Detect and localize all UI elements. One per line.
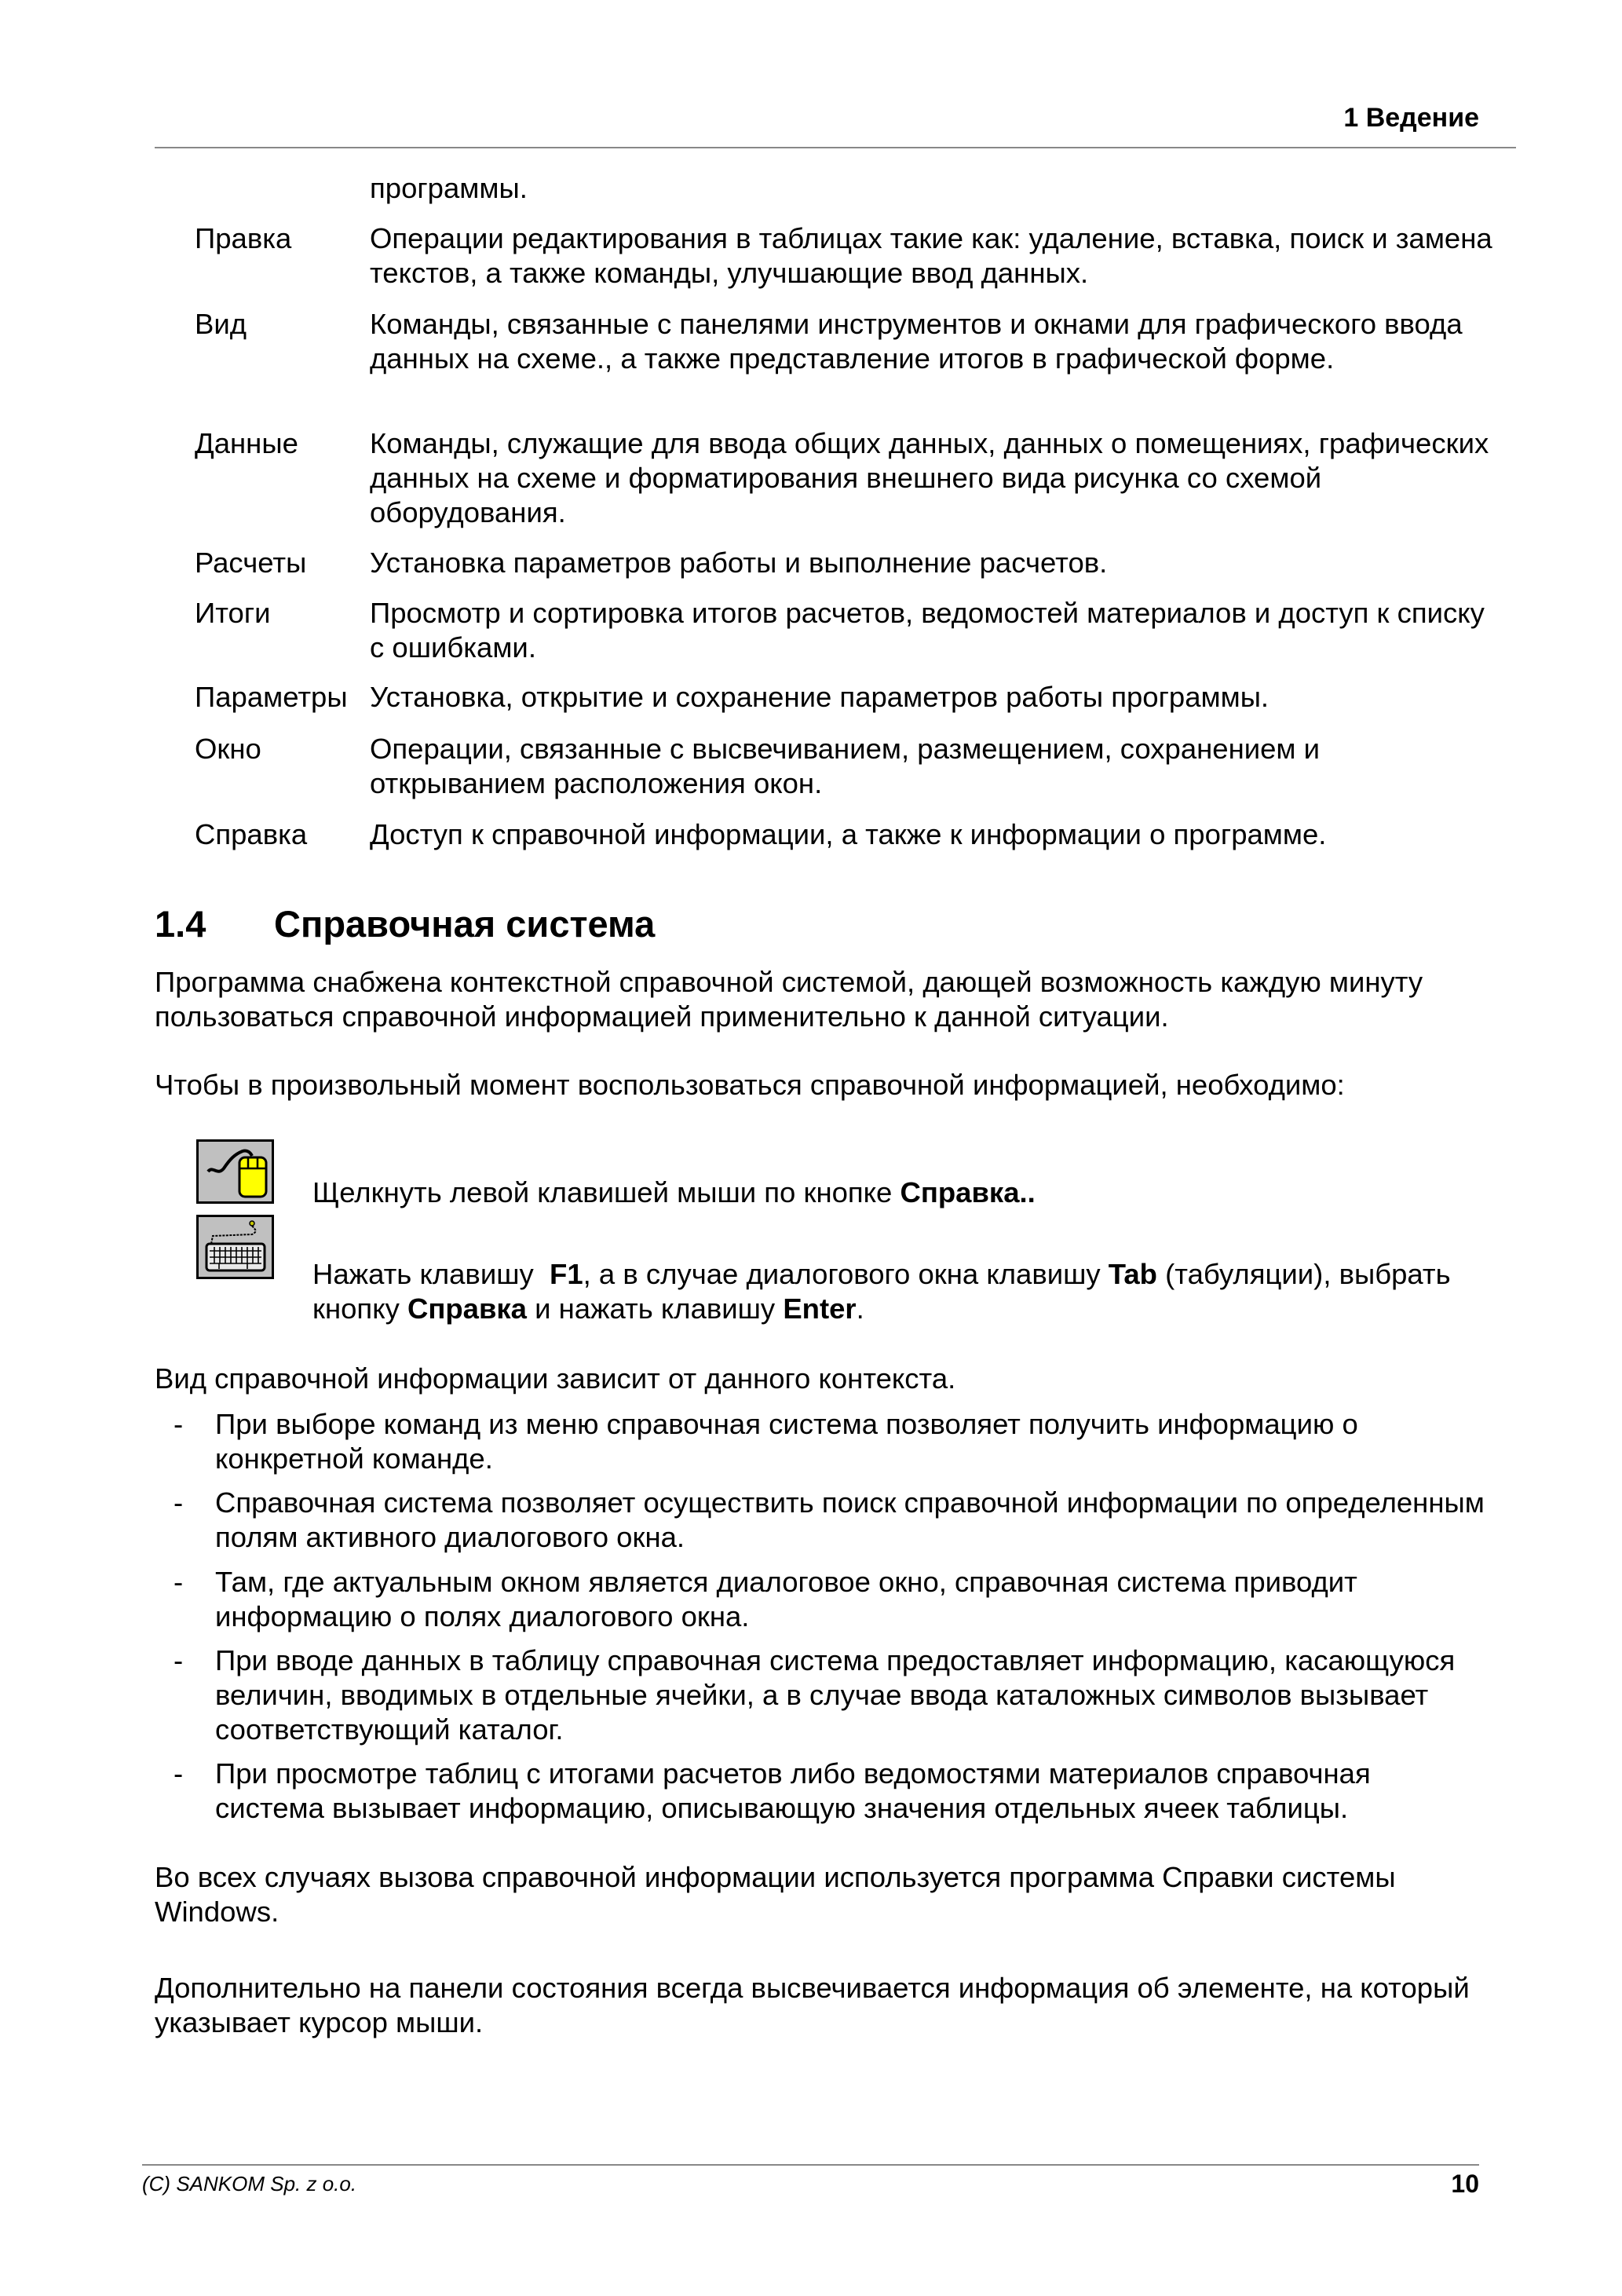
bullet-marker: - [174,1565,183,1600]
definition-description: Команды, служащие для ввода общих данных… [370,426,1500,530]
step-text: . [857,1292,864,1325]
bullet-marker: - [174,1757,183,1791]
tab-key-reference: Tab [1109,1258,1157,1290]
definition-term: Окно [195,732,261,766]
definition-description: Просмотр и сортировка итогов расчетов, в… [370,596,1500,665]
definition-description: Установка параметров работы и выполнение… [370,546,1500,580]
step-text: и нажать клавишу [527,1292,783,1325]
definition-term: Данные [195,426,298,461]
definition-term: Итоги [195,596,271,631]
statusbar-paragraph: Дополнительно на панели состояния всегда… [155,1971,1489,2040]
page-number: 10 [1451,2169,1479,2199]
header-divider [155,147,1516,148]
definition-description: Установка, открытие и сохранение парамет… [370,680,1500,715]
definition-description: Доступ к справочной информации, а также … [370,817,1500,852]
list-item-text: При просмотре таблиц с итогами расчетов … [215,1757,1487,1826]
definition-term: Параметры [195,680,348,715]
section-title: Справочная система [274,903,655,945]
list-item-text: При вводе данных в таблицу справочная си… [215,1643,1487,1747]
step-text: Щелкнуть левой клавишей мыши по кнопке [312,1176,900,1208]
lead-paragraph: Чтобы в произвольный момент воспользоват… [155,1068,1489,1102]
enter-key-reference: Enter [783,1292,856,1325]
definition-description: Операции редактирования в таблицах такие… [370,221,1500,291]
step-text: Нажать клавишу [312,1258,550,1290]
step-mouse: Щелкнуть левой клавишей мыши по кнопке С… [312,1175,1490,1210]
intro-paragraph: Программа снабжена контекстной справочно… [155,965,1489,1034]
f1-key-reference: F1 [550,1258,583,1290]
step-text: , а в случае диалогового окна клавишу [583,1258,1109,1290]
help-button-reference: Справка [407,1292,527,1325]
step-punctuation: .. [1020,1176,1036,1208]
windows-help-paragraph: Во всех случаях вызова справочной информ… [155,1860,1489,1929]
bullet-marker: - [174,1643,183,1678]
section-heading: 1.4Справочная система [155,903,655,945]
copyright: (C) SANKOM Sp. z o.o. [142,2171,356,2196]
step-keyboard: Нажать клавишу F1, а в случае диалоговог… [312,1257,1490,1326]
list-item-text: Справочная система позволяет осуществить… [215,1486,1487,1555]
definition-description: Команды, связанные с панелями инструмент… [370,307,1500,376]
definition-term: Правка [195,221,291,256]
bullet-marker: - [174,1407,183,1442]
context-paragraph: Вид справочной информации зависит от дан… [155,1362,1489,1396]
help-button-reference: Справка [900,1176,1019,1208]
definition-term: Расчеты [195,546,306,580]
definition-term: Вид [195,307,247,342]
definition-description: Операции, связанные с высвечиванием, раз… [370,732,1500,801]
keyboard-icon [196,1215,274,1279]
list-item-text: При выборе команд из меню справочная сис… [215,1407,1487,1476]
bullet-marker: - [174,1486,183,1520]
list-item-text: Там, где актуальным окном является диало… [215,1565,1487,1634]
mouse-icon [196,1139,274,1204]
chapter-title: 1 Ведение [1343,102,1479,133]
definition-description: программы. [370,171,1500,206]
definition-term: Справка [195,817,307,852]
section-number: 1.4 [155,903,274,945]
footer-divider [142,2164,1479,2166]
